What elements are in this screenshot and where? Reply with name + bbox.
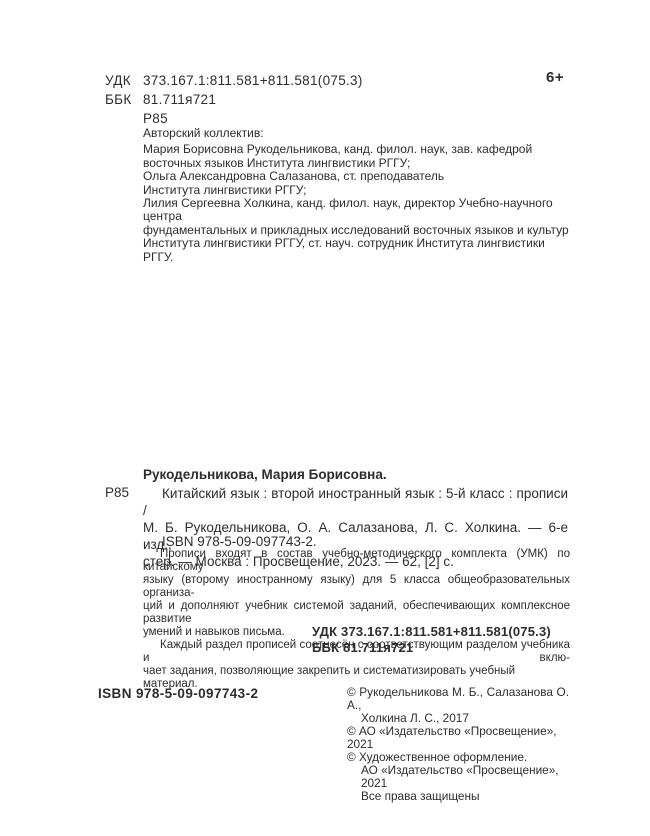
age-rating-badge: 6+ — [546, 69, 564, 86]
catalog-author-sign: Р85 — [105, 485, 129, 500]
bbk-label: ББК — [105, 90, 143, 109]
authors-line: Института лингвистики РГГУ; — [143, 184, 575, 197]
authors-line: восточных языков Института лингвистики Р… — [143, 157, 575, 170]
copyright-line: АО «Издательство «Просвещение», 2021 — [347, 764, 569, 790]
biblio-line: Китайский язык : второй иностранный язык… — [143, 485, 568, 519]
footer-isbn: ISBN 978-5-09-097743-2 — [98, 686, 258, 701]
classification-codes-bold: УДК 373.167.1:811.581+811.581(075.3) ББК… — [312, 624, 551, 656]
authors-block: Авторский коллектив: Мария Борисовна Рук… — [143, 127, 575, 264]
authors-line: Мария Борисовна Рукодельникова, канд. фи… — [143, 143, 575, 156]
annotation-line: Прописи входят в состав учебно-методичес… — [143, 548, 570, 574]
annotation-line: языку (второму иностранному языку) для 5… — [143, 574, 570, 600]
isbn-catalog-line: ISBN 978-5-09-097743-2. — [162, 534, 317, 549]
authors-line: Института лингвистики РГГУ, ст. науч. со… — [143, 237, 575, 264]
catalog-title: Рукодельникова, Мария Борисовна. — [143, 467, 387, 482]
annotation-line: ций и дополняют учебник системой заданий… — [143, 600, 570, 626]
bbk-row: ББК 81.711я721 — [105, 90, 363, 109]
copyright-line: © АО «Издательство «Просвещение», 2021 — [347, 725, 569, 751]
copyright-block: © Рукодельникова М. Б., Салазанова О. А.… — [347, 686, 569, 803]
annotation-block: Прописи входят в состав учебно-методичес… — [143, 548, 570, 691]
authors-line: фундаментальных и прикладных исследовани… — [143, 224, 575, 237]
authors-heading: Авторский коллектив: — [143, 127, 575, 140]
authors-line: Лилия Сергеевна Холкина, канд. филол. на… — [143, 197, 575, 224]
authors-line: Ольга Александровна Салазанова, ст. преп… — [143, 170, 575, 183]
udk-label: УДК — [105, 71, 143, 90]
copyright-line: Все права защищены — [347, 790, 569, 803]
udk-bold-line: УДК 373.167.1:811.581+811.581(075.3) — [312, 624, 551, 640]
copyright-line: © Рукодельникова М. Б., Салазанова О. А.… — [347, 686, 569, 712]
imprint-page: УДК 373.167.1:811.581+811.581(075.3) ББК… — [0, 0, 650, 836]
bbk-value: 81.711я721 — [143, 90, 216, 109]
classification-block: УДК 373.167.1:811.581+811.581(075.3) ББК… — [105, 71, 363, 128]
bbk-bold-line: ББК 81.711я721 — [312, 640, 551, 656]
udk-value: 373.167.1:811.581+811.581(075.3) — [143, 71, 363, 90]
udk-row: УДК 373.167.1:811.581+811.581(075.3) — [105, 71, 363, 90]
